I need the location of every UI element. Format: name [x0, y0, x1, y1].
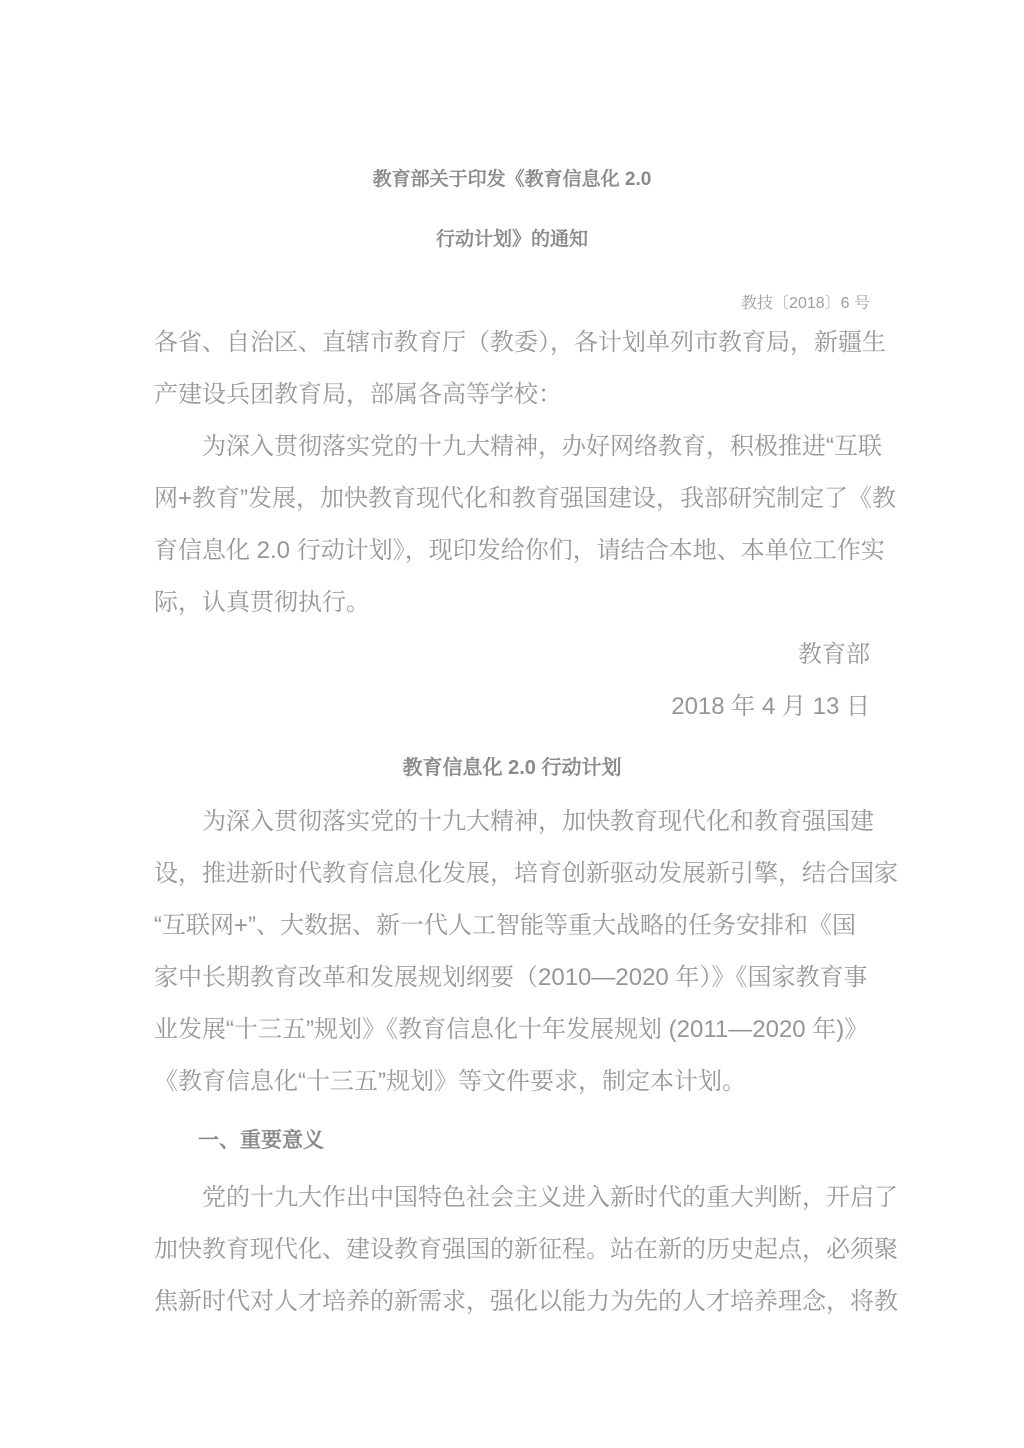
notice-paragraph-line: 为深入贯彻落实党的十九大精神，办好网络教育，积极推进“互联 [154, 421, 870, 473]
notice-paragraph-line: 际，认真贯彻执行。 [154, 577, 870, 629]
signature-date: 2018 年 4 月 13 日 [154, 681, 870, 733]
notice-paragraph-line: 育信息化 2.0 行动计划》，现印发给你们，请结合本地、本单位工作实 [154, 525, 870, 577]
section1-heading: 一、重要意义 [154, 1115, 870, 1167]
plan-intro-paragraph: 为深入贯彻落实党的十九大精神，加快教育现代化和教育强国建 设，推进新时代教育信息… [154, 796, 870, 1108]
plan-intro-line: 《教育信息化“十三五”规划》等文件要求，制定本计划。 [154, 1056, 870, 1108]
document-title: 教育部关于印发《教育信息化 2.0 行动计划》的通知 [154, 150, 870, 270]
notice-paragraph: 为深入贯彻落实党的十九大精神，办好网络教育，积极推进“互联 网+教育”发展，加快… [154, 421, 870, 629]
document-body: 各省、自治区、直辖市教育厅（教委），各计划单列市教育局，新疆生 产建设兵团教育局… [154, 317, 870, 1328]
section1-paragraph-line: 焦新时代对人才培养的新需求，强化以能力为先的人才培养理念，将教 [154, 1276, 870, 1328]
section1-paragraph-line: 党的十九大作出中国特色社会主义进入新时代的重大判断，开启了 [154, 1172, 870, 1224]
document-page: 教育部关于印发《教育信息化 2.0 行动计划》的通知 教技〔2018〕6 号 各… [0, 0, 1024, 1448]
plan-intro-line: “互联网+”、大数据、新一代人工智能等重大战略的任务安排和《国 [154, 900, 870, 952]
signature: 教育部 [154, 629, 870, 681]
document-title-line-2: 行动计划》的通知 [154, 210, 870, 270]
salutation-line: 产建设兵团教育局，部属各高等学校： [154, 369, 870, 421]
salutation-paragraph: 各省、自治区、直辖市教育厅（教委），各计划单列市教育局，新疆生 产建设兵团教育局… [154, 317, 870, 421]
section1-paragraph-line: 加快教育现代化、建设教育强国的新征程。站在新的历史起点，必须聚 [154, 1224, 870, 1276]
plan-intro-line: 为深入贯彻落实党的十九大精神，加快教育现代化和教育强国建 [154, 796, 870, 848]
section1-paragraph: 党的十九大作出中国特色社会主义进入新时代的重大判断，开启了 加快教育现代化、建设… [154, 1172, 870, 1328]
plan-intro-line: 设，推进新时代教育信息化发展，培育创新驱动发展新引擎，结合国家 [154, 848, 870, 900]
document-title-line-1: 教育部关于印发《教育信息化 2.0 [154, 150, 870, 210]
plan-intro-line: 业发展“十三五”规划》《教育信息化十年发展规划 (2011—2020 年)》 [154, 1004, 870, 1056]
notice-paragraph-line: 网+教育”发展，加快教育现代化和教育强国建设，我部研究制定了《教 [154, 473, 870, 525]
salutation-line: 各省、自治区、直辖市教育厅（教委），各计划单列市教育局，新疆生 [154, 317, 870, 369]
plan-title: 教育信息化 2.0 行动计划 [154, 742, 870, 794]
plan-intro-line: 家中长期教育改革和发展规划纲要（2010—2020 年）》《国家教育事 [154, 952, 870, 1004]
